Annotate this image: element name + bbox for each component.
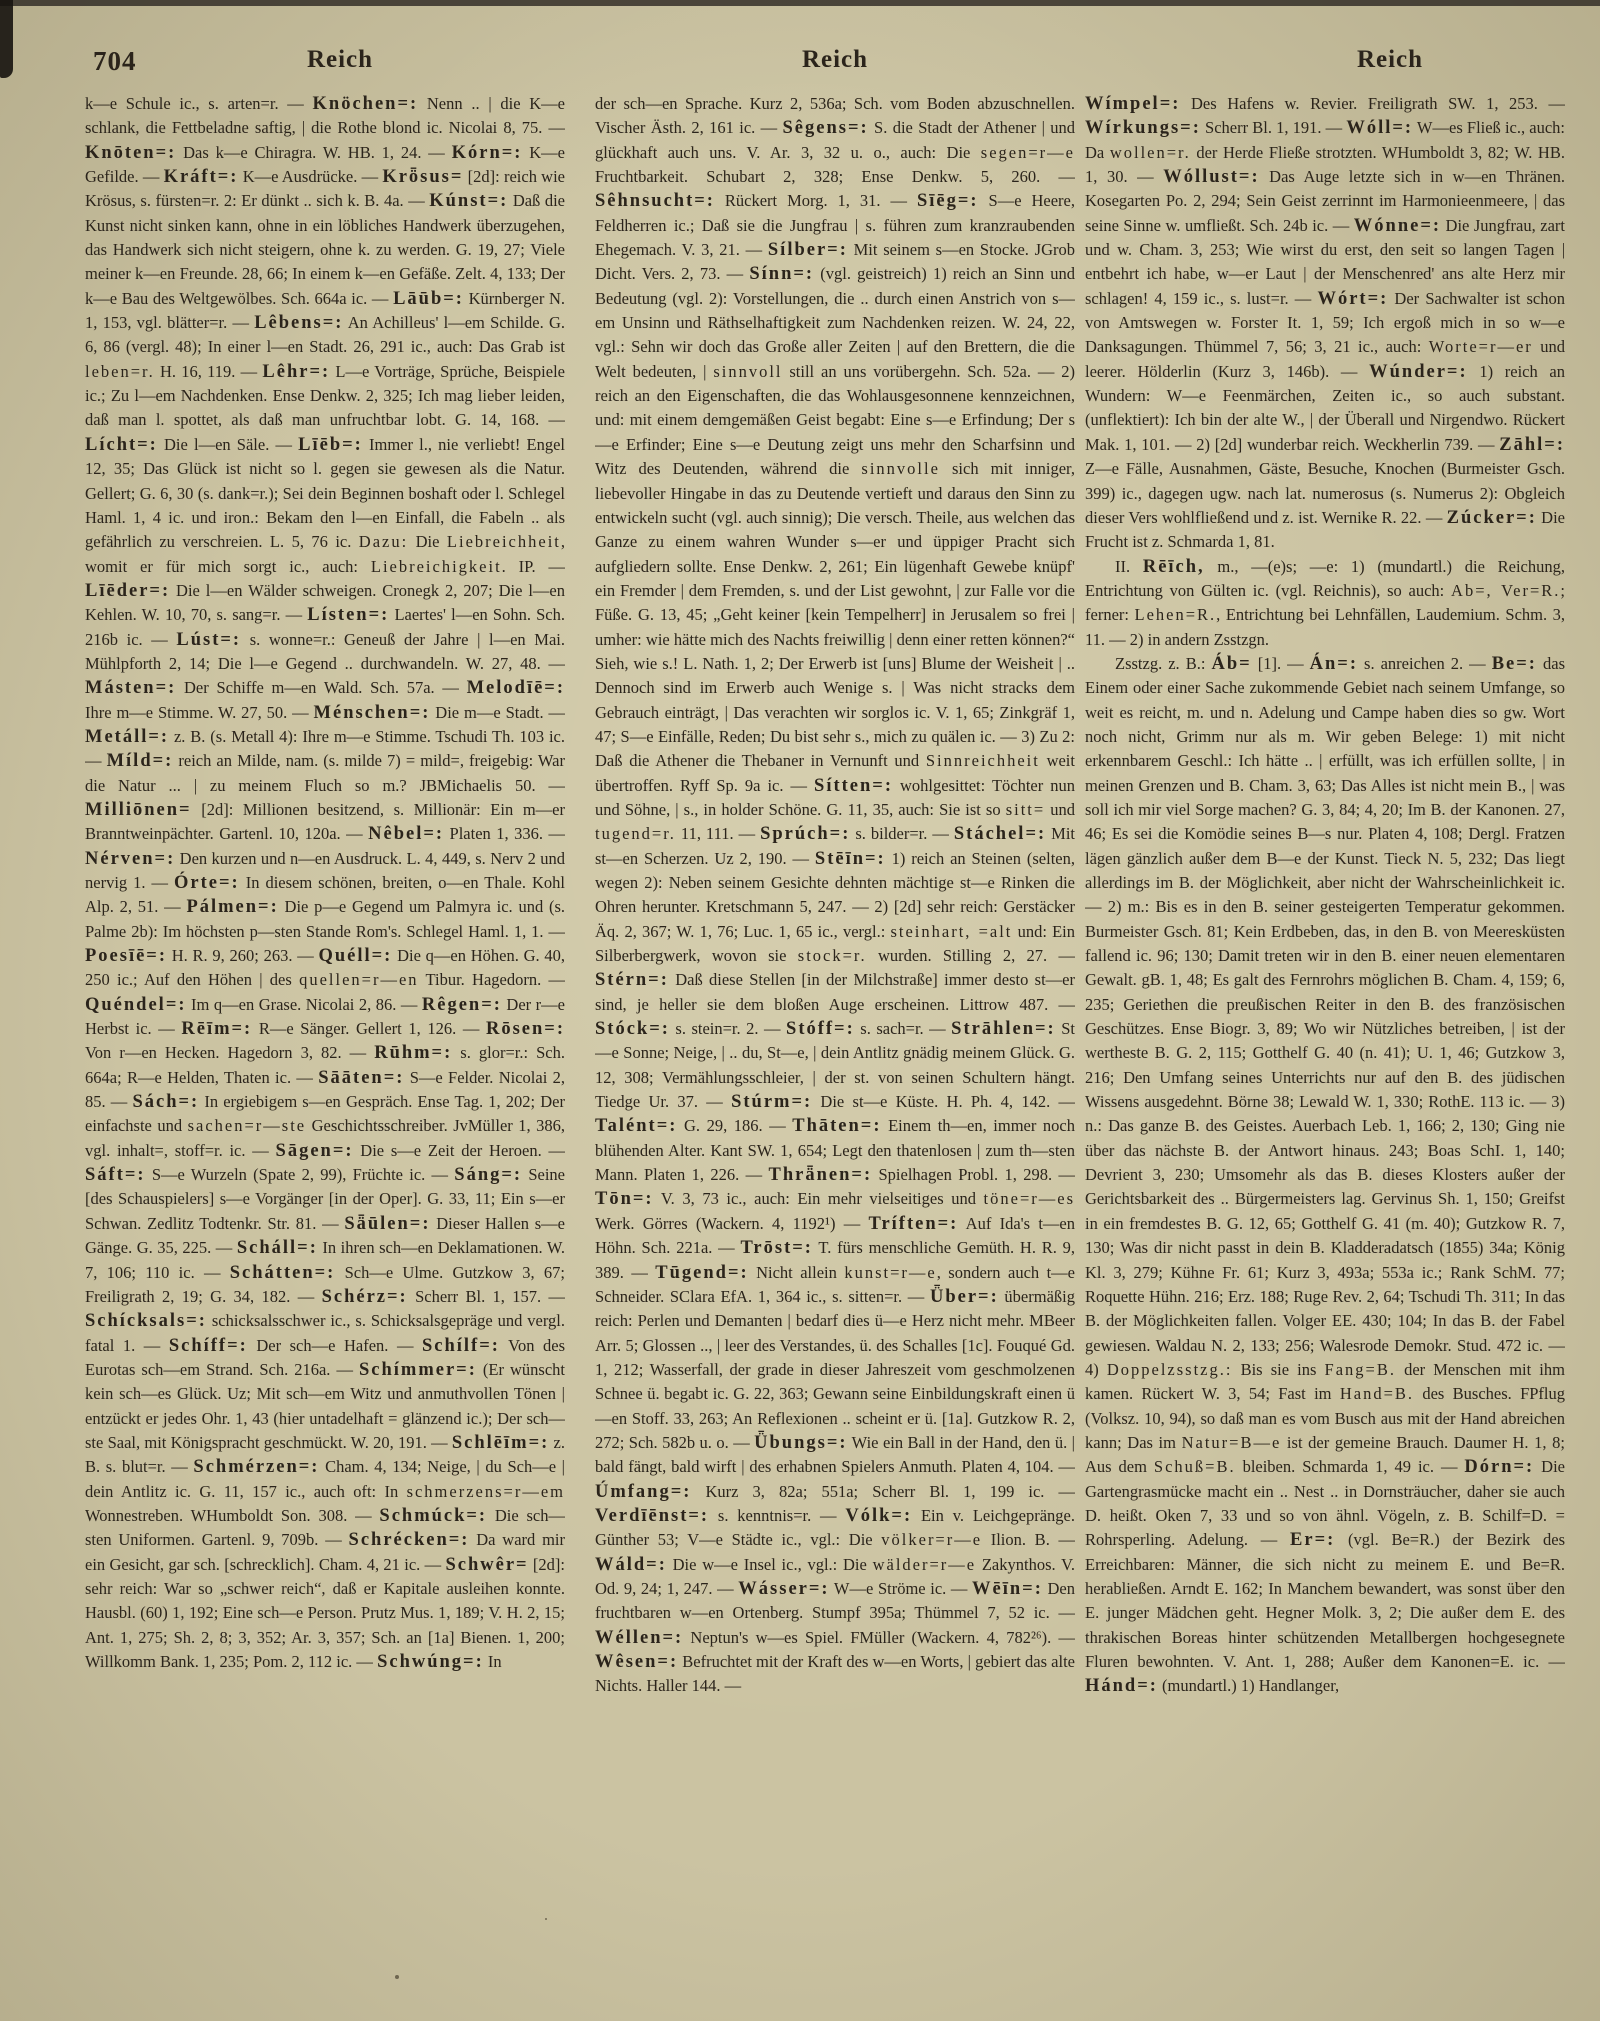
headword: Wēīn=: (972, 1579, 1043, 1599)
headword: Míld=: (107, 751, 174, 771)
running-head-column-3: Reich (1150, 46, 1600, 74)
spaced-term: wälder=r—e (873, 1555, 977, 1574)
spaced-term: töne=r—es (984, 1189, 1075, 1208)
headword: Schwêr= (445, 1555, 528, 1575)
headword: Schmérzen=: (193, 1457, 319, 1477)
headword: Krȫsus= (382, 167, 463, 187)
headword: Áb= (1211, 654, 1251, 674)
spaced-term: Worte=r—er (1429, 337, 1533, 356)
headword: Schwúng=: (377, 1652, 484, 1672)
text-column-1: k—e Schule ic., s. arten=r. — Knöchen=: … (85, 92, 565, 1887)
headword: Schícksals=: (85, 1311, 207, 1331)
spaced-term: segen=r—e (981, 143, 1075, 162)
headword: Wéllen=: (595, 1628, 683, 1648)
headword: Verdīēnst=: (595, 1506, 709, 1526)
headword: Wêsen=: (595, 1652, 678, 1672)
headword: Hánd=: (1085, 1676, 1158, 1696)
paper-speck (545, 1918, 547, 1920)
headword: Thrǟnen=: (769, 1165, 873, 1185)
headword: Lêhr=: (262, 362, 330, 382)
spaced-term: Fang=B. (1325, 1360, 1396, 1379)
headword: Sáft=: (85, 1165, 146, 1185)
headword: Līēb=: (298, 435, 363, 455)
headword: Stóck=: (595, 1019, 670, 1039)
headword: Lúst=: (176, 630, 241, 650)
headword: Ǖbungs=: (754, 1433, 847, 1453)
headword: Sāgen=: (276, 1141, 354, 1161)
headword: Wónne=: (1354, 216, 1441, 236)
headword: Lísten=: (307, 605, 389, 625)
spaced-term: Liebreichheit (447, 532, 561, 551)
headword: Lêbens=: (254, 313, 343, 333)
headword: Thāten=: (792, 1116, 881, 1136)
spaced-term: tugend=r. (595, 824, 676, 843)
headword: Schrécken=: (349, 1530, 470, 1550)
running-head-column-1: Reich (100, 46, 580, 74)
headword: Be=: (1492, 654, 1537, 674)
text-column-3: Wímpel=: Des Hafens w. Revier. Freiligra… (1085, 92, 1565, 1887)
spaced-term: sinnvoll (713, 362, 782, 381)
dictionary-paragraph: k—e Schule ic., s. arten=r. — Knöchen=: … (85, 92, 565, 1674)
headword: Sīēg=: (917, 191, 979, 211)
headword: Schérz=: (322, 1287, 408, 1307)
headword: Sílber=: (768, 240, 848, 260)
spaced-term: schmerzens=r—em (407, 1482, 565, 1501)
headword: Sǟūlen=: (344, 1214, 430, 1234)
headword: Rêgen=: (422, 995, 502, 1015)
spaced-term: Hand=B. (1340, 1384, 1414, 1403)
spaced-term: Liebreichigkeit (371, 557, 502, 576)
headword: Trōst=: (740, 1238, 813, 1258)
dictionary-paragraph: II. Rēīch, m., —(e)s; —e: 1) (mundartl.)… (1085, 555, 1565, 652)
headword: Ǖber=: (930, 1287, 999, 1307)
headword: Stáchel=: (954, 824, 1046, 844)
headword: Rēīm=: (181, 1019, 252, 1039)
headword: Metáll=: (85, 727, 169, 747)
spaced-term: Dazu: (359, 532, 408, 551)
headword: Ménschen=: (314, 703, 431, 723)
headword: Stēīn=: (815, 849, 886, 869)
headword: Schátten=: (230, 1263, 336, 1283)
headword: Wáld=: (595, 1555, 667, 1575)
headword: Wírkungs=: (1085, 118, 1201, 138)
headword: Milliōnen= (85, 800, 192, 820)
headword: Stóff=: (786, 1019, 855, 1039)
headword: Līēder=: (85, 581, 170, 601)
headword: Sāāten=: (318, 1068, 404, 1088)
spaced-term: sitt= (1006, 800, 1045, 819)
spaced-term: Natur=B—e (1182, 1433, 1282, 1452)
dictionary-paragraph: Zsstzg. z. B.: Áb= [1]. — Án=: s. anreic… (1085, 652, 1565, 1699)
headword: Tōn=: (595, 1189, 654, 1209)
spaced-term: Schuß=B. (1154, 1457, 1236, 1476)
headword: Sáng=: (454, 1165, 522, 1185)
text-column-2: der sch—en Sprache. Kurz 2, 536a; Sch. v… (595, 92, 1075, 1887)
headword: Sprúch=: (760, 824, 850, 844)
headword: Án=: (1310, 654, 1358, 674)
headword: Melodīē=: (467, 678, 565, 698)
headword: Wóll=: (1346, 118, 1413, 138)
headword: Másten=: (85, 678, 176, 698)
headword: Schímmer=: (359, 1360, 477, 1380)
headword: Talént=: (595, 1116, 677, 1136)
headword: Quéll=: (318, 946, 392, 966)
spaced-term: Sinnreichheit (926, 751, 1040, 770)
headword: Tríften=: (868, 1214, 958, 1234)
headword: Dórn=: (1464, 1457, 1534, 1477)
headword: Órte=: (174, 873, 240, 893)
headword: Stúrm=: (731, 1092, 812, 1112)
headword: Kúnst=: (429, 191, 508, 211)
headword: Er=: (1290, 1530, 1335, 1550)
headword: Pálmen=: (186, 897, 278, 917)
headword: Úmfang=: (595, 1482, 691, 1502)
headword: Scháll=: (237, 1238, 318, 1258)
spaced-term: steinhart, =alt (890, 922, 1012, 941)
headword: Schíff=: (169, 1336, 248, 1356)
headword: Wímpel=: (1085, 94, 1180, 114)
headword: Zúcker=: (1447, 508, 1537, 528)
headword: Wásser=: (738, 1579, 829, 1599)
headword: Lícht=: (85, 435, 158, 455)
headword: Wórt=: (1317, 289, 1388, 309)
headword: Wóllust=: (1163, 167, 1259, 187)
scanned-dictionary-page: { "page": {"number": "704"}, "running_he… (0, 0, 1600, 2021)
headword: Schílf=: (422, 1336, 500, 1356)
headword: Sínn=: (749, 264, 814, 284)
spaced-term: wollen=r. (1110, 143, 1191, 162)
headword: Kráft=: (164, 167, 239, 187)
spaced-term: leben=r. (85, 362, 155, 381)
dictionary-paragraph: der sch—en Sprache. Kurz 2, 536a; Sch. v… (595, 92, 1075, 1699)
headword: Sítten=: (814, 776, 893, 796)
headword: Rūhm=: (374, 1043, 452, 1063)
headword: Rēīch, (1143, 557, 1205, 577)
paper-speck (395, 1975, 399, 1979)
headword: Schmúck=: (379, 1506, 487, 1526)
spaced-term: Ab=, Ver=R. (1451, 581, 1560, 600)
running-head-column-2: Reich (595, 46, 1075, 74)
spaced-term: sachen=r—ste (188, 1116, 307, 1135)
scan-edge-artifact (0, 0, 1600, 6)
headword: Schlēīm=: (452, 1433, 549, 1453)
headword: Wúnder=: (1369, 362, 1468, 382)
headword: Nérven=: (85, 849, 175, 869)
spaced-term: sinnvolle (861, 459, 940, 478)
headword: Lāūb=: (393, 289, 464, 309)
headword: Zāhl=: (1499, 435, 1565, 455)
headword: Tūgend=: (655, 1263, 748, 1283)
headword: Sêgens=: (783, 118, 869, 138)
spaced-term: quellen=r—en (299, 970, 418, 989)
spaced-term: völker=r—e (881, 1530, 982, 1549)
spaced-term: Doppelzsstzg.: (1107, 1360, 1233, 1379)
spaced-term: Lehen=R. (1135, 605, 1217, 624)
headword: Knōten=: (85, 143, 176, 163)
headword: Stérn=: (595, 970, 669, 990)
headword: Rōsen=: (486, 1019, 565, 1039)
dictionary-paragraph: Wímpel=: Des Hafens w. Revier. Freiligra… (1085, 92, 1565, 555)
headword: Knöchen=: (313, 94, 419, 114)
headword: Kórn=: (452, 143, 523, 163)
headword: Sách=: (132, 1092, 199, 1112)
headword: Quéndel=: (85, 995, 187, 1015)
spaced-term: stock=r. (798, 946, 867, 965)
headword: Sêhnsucht=: (595, 191, 715, 211)
headword: Poesīē=: (85, 946, 167, 966)
page-header: 704 Reich Reich Reich (0, 44, 1600, 80)
headword: Nêbel=: (368, 824, 444, 844)
headword: Strāhlen=: (951, 1019, 1056, 1039)
headword: Vólk=: (845, 1506, 912, 1526)
spaced-term: kunst=r—e (844, 1263, 936, 1282)
